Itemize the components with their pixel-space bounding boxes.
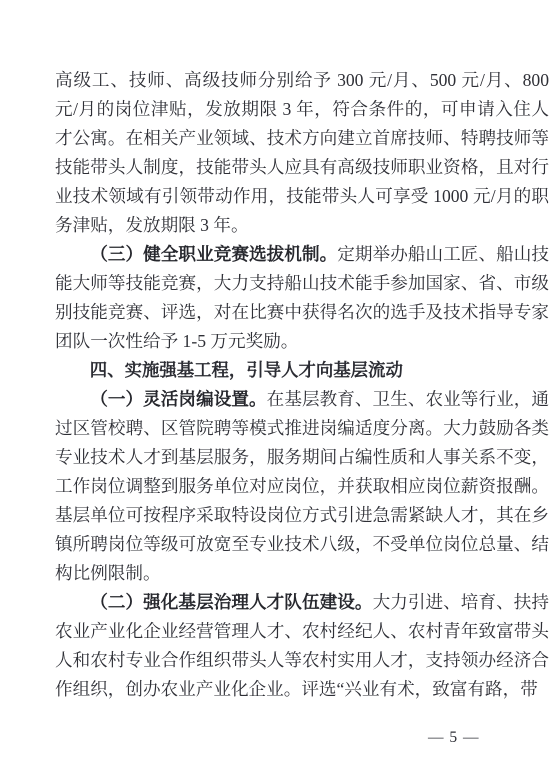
page-number: — 5 — [428, 728, 480, 748]
paragraph-section3: （三）健全职业竞赛选拔机制。定期举办船山工匠、船山技能大师等技能竞赛，大力支持船… [55, 240, 549, 356]
section-heading-4: 四、实施强基工程，引导人才向基层流动 [55, 356, 549, 385]
paragraph-sub1-text: 在基层教育、卫生、农业等行业，通过区管校聘、区管院聘等模式推进岗编适度分离。大力… [55, 389, 549, 583]
document-text-block: 高级工、技师、高级技师分别给予 300 元/月、500 元/月、800 元/月的… [55, 66, 549, 704]
document-page: 高级工、技师、高级技师分别给予 300 元/月、500 元/月、800 元/月的… [0, 0, 557, 782]
paragraph-sub2-lead: （二）强化基层治理人才队伍建设。 [90, 592, 372, 612]
paragraph-sub2: （二）强化基层治理人才队伍建设。大力引进、培育、扶持农业产业化企业经营管理人才、… [55, 588, 549, 704]
paragraph-sub1-lead: （一）灵活岗编设置。 [90, 389, 266, 409]
paragraph-sub1: （一）灵活岗编设置。在基层教育、卫生、农业等行业，通过区管校聘、区管院聘等模式推… [55, 385, 549, 588]
paragraph-continuation: 高级工、技师、高级技师分别给予 300 元/月、500 元/月、800 元/月的… [55, 66, 549, 240]
paragraph-section3-lead: （三）健全职业竞赛选拔机制。 [90, 244, 337, 264]
